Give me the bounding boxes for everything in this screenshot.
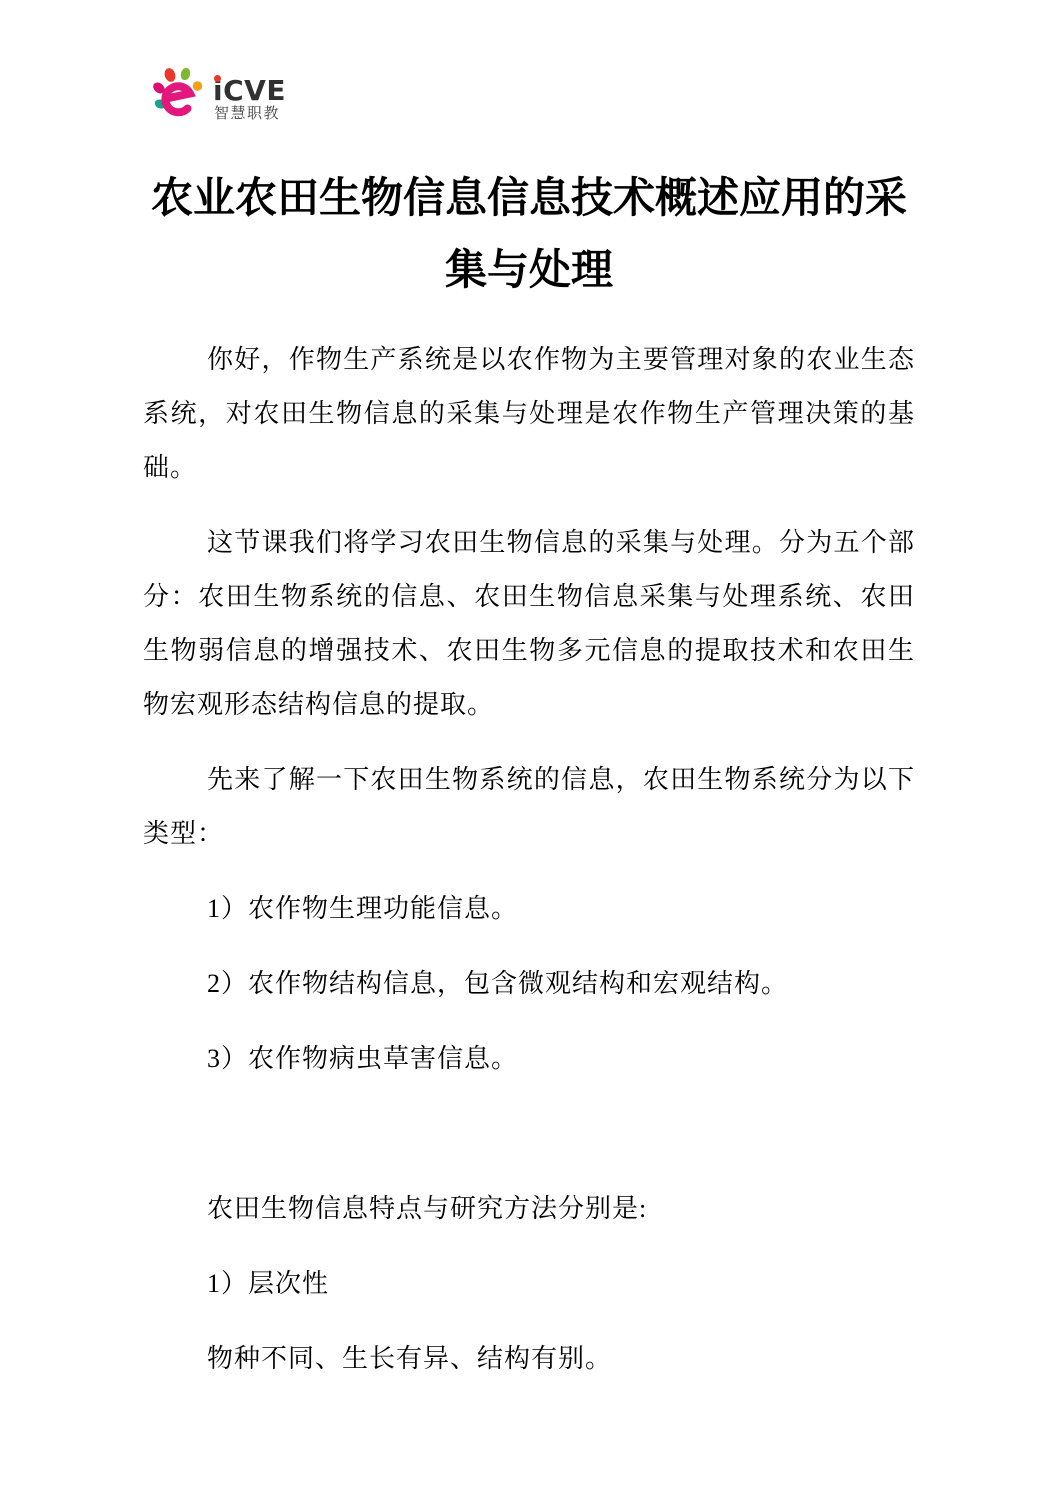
paragraph-features-lead: 农田生物信息特点与研究方法分别是: — [143, 1182, 915, 1236]
list-item-2: 2）农作物结构信息，包含微观结构和宏观结构。 — [143, 957, 915, 1011]
logo-wordmark: iCVE — [213, 77, 286, 105]
list-item-1: 1）农作物生理功能信息。 — [143, 882, 915, 936]
list-item-3: 3）农作物病虫草害信息。 — [143, 1032, 915, 1086]
icve-logo: iCVE 智慧职教 — [152, 62, 382, 124]
paragraph-feature-1-heading: 1）层次性 — [143, 1257, 915, 1311]
document-title-line-2: 集与处理 — [143, 235, 915, 307]
paragraph-feature-1-detail: 物种不同、生长有异、结构有别。 — [143, 1332, 915, 1386]
petal-green — [180, 67, 192, 81]
document-content: 农业农田生物信息信息技术概述应用的采 集与处理 你好，作物生产系统是以农作物为主… — [143, 163, 915, 1407]
icve-flower-icon — [152, 64, 204, 120]
logo-e-stroke — [165, 86, 190, 112]
paragraph-system-types-lead: 先来了解一下农田生物系统的信息，农田生物系统分为以下类型： — [143, 753, 915, 861]
document-title: 农业农田生物信息信息技术概述应用的采 集与处理 — [143, 163, 915, 307]
document-title-line-1: 农业农田生物信息信息技术概述应用的采 — [143, 163, 915, 235]
logo-i-dot-icon — [214, 75, 221, 82]
blank-line — [143, 1107, 915, 1182]
logo-subtitle: 智慧职教 — [214, 106, 280, 121]
petal-red — [163, 67, 177, 84]
paragraph-intro: 你好，作物生产系统是以农作物为主要管理对象的农业生态系统，对农田生物信息的采集与… — [143, 333, 915, 495]
paragraph-lesson-overview: 这节课我们将学习农田生物信息的采集与处理。分为五个部分：农田生物系统的信息、农田… — [143, 516, 915, 732]
document-page: iCVE 智慧职教 农业农田生物信息信息技术概述应用的采 集与处理 你好，作物生… — [0, 0, 1059, 1497]
petal-orange — [193, 81, 203, 91]
